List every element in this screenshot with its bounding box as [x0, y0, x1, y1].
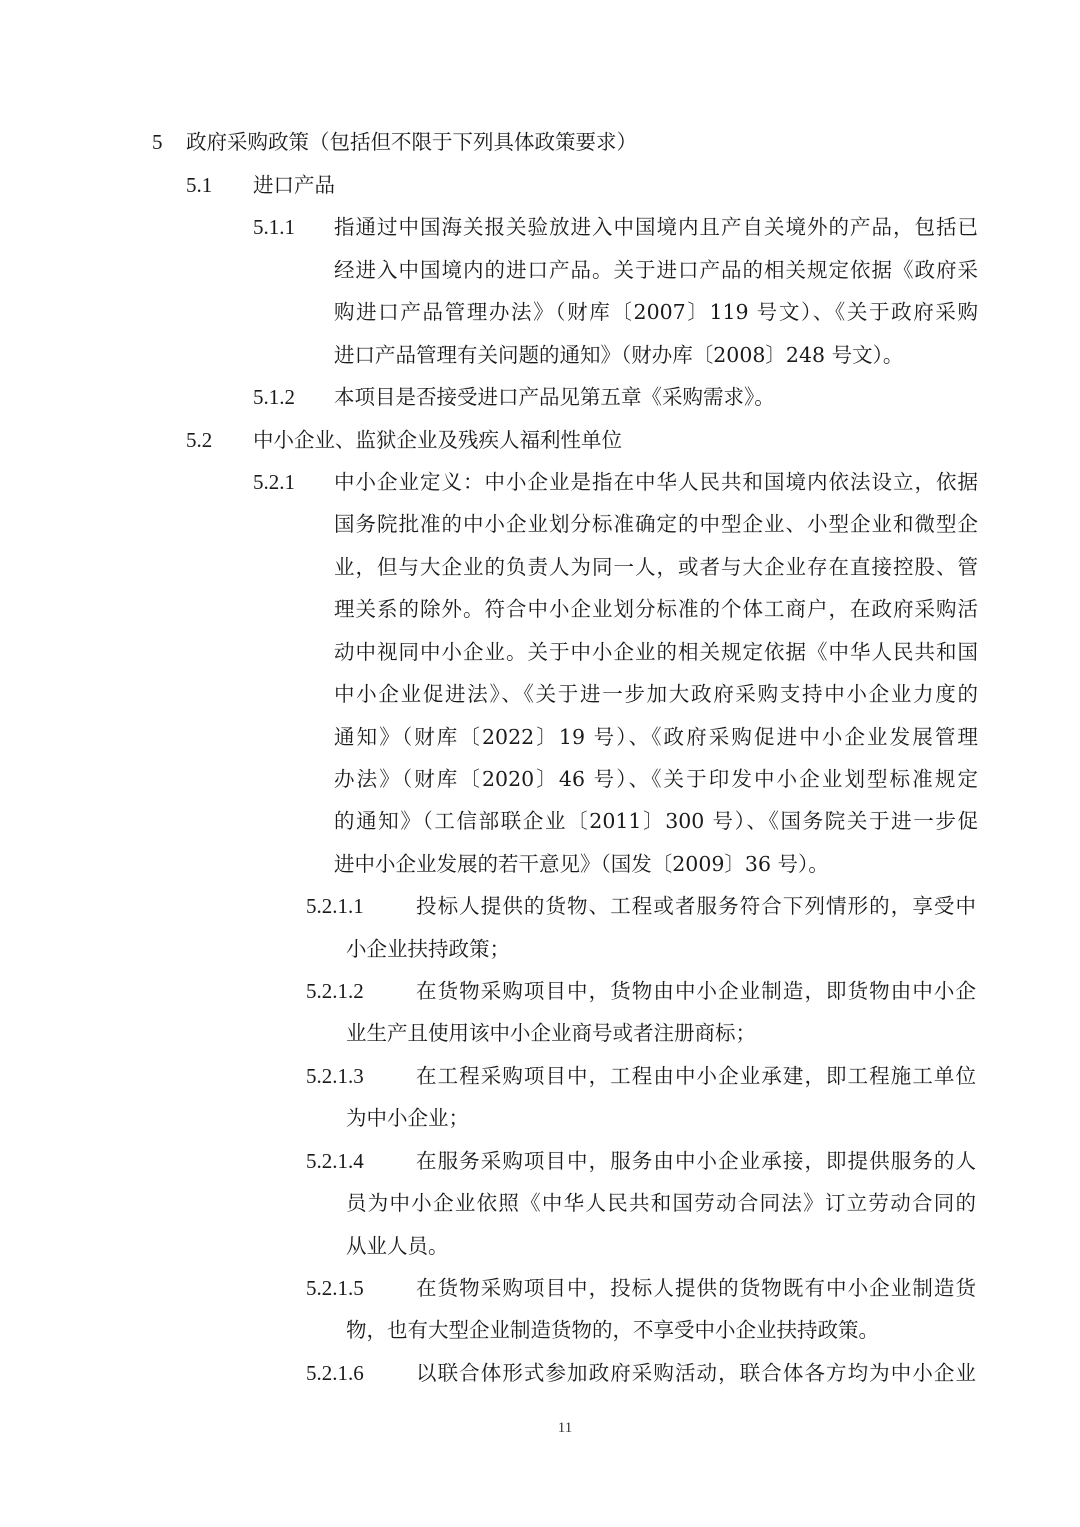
clause-number-5-2-1-4: 5.2.1.4: [306, 1146, 364, 1176]
clause-number-5-1-2: 5.1.2: [253, 382, 295, 412]
section-number-5-2: 5.2: [186, 425, 212, 455]
clause-5-2-1-4-line-1: 在服务采购项目中，服务由中小企业承接，即提供服务的人: [416, 1146, 976, 1176]
clause-5-2-1-2-line-1: 在货物采购项目中，货物由中小企业制造，即货物由中小企: [416, 976, 976, 1006]
clause-5-2-1-2-line-2: 业生产且使用该中小企业商号或者注册商标；: [346, 1018, 756, 1048]
clause-5-2-1-5-line-1: 在货物采购项目中，投标人提供的货物既有中小企业制造货: [416, 1273, 976, 1303]
clause-5-2-1-1-line-1: 投标人提供的货物、工程或者服务符合下列情形的，享受中: [416, 891, 976, 921]
clause-5-2-1-4-line-2: 员为中小企业依照《中华人民共和国劳动合同法》订立劳动合同的: [346, 1188, 976, 1218]
clause-number-5-2-1-1: 5.2.1.1: [306, 891, 364, 921]
clause-number-5-1-1: 5.1.1: [253, 212, 295, 242]
clause-5-1-1-line-1: 指通过中国海关报关验放进入中国境内且产自关境外的产品，包括已: [334, 212, 978, 242]
clause-5-2-1-line-10: 进中小企业发展的若干意见》（国发〔2009〕36 号）。: [334, 849, 829, 879]
clause-5-2-1-line-2: 国务院批准的中小企业划分标准确定的中型企业、小型企业和微型企: [334, 509, 978, 539]
section-title-5-2: 中小企业、监狱企业及残疾人福利性单位: [253, 425, 622, 455]
clause-5-2-1-5-line-2: 物，也有大型企业制造货物的，不享受中小企业扶持政策。: [346, 1315, 879, 1345]
clause-5-2-1-1-line-2: 小企业扶持政策；: [346, 934, 510, 964]
section-number-5-1: 5.1: [186, 170, 212, 200]
clause-5-1-1-line-3: 购进口产品管理办法》（财库〔2007〕119 号文）、《关于政府采购: [334, 297, 978, 327]
clause-5-2-1-line-8: 办法》（财库〔2020〕46 号）、《关于印发中小企业划型标准规定: [334, 764, 978, 794]
clause-number-5-2-1-5: 5.2.1.5: [306, 1273, 364, 1303]
clause-number-5-2-1-3: 5.2.1.3: [306, 1061, 364, 1091]
document-page: 5 政府采购政策（包括但不限于下列具体政策要求） 5.1 进口产品 5.1.1 …: [0, 0, 1080, 1527]
page-number: 11: [0, 1420, 1080, 1437]
clause-5-2-1-6-line-1: 以联合体形式参加政府采购活动，联合体各方均为中小企业: [416, 1358, 976, 1388]
clause-5-1-1-line-4: 进口产品管理有关问题的通知》（财办库〔2008〕248 号文）。: [334, 340, 903, 370]
clause-5-2-1-line-3: 业，但与大企业的负责人为同一人，或者与大企业存在直接控股、管: [334, 552, 978, 582]
clause-5-2-1-3-line-2: 为中小企业；: [346, 1103, 469, 1133]
clause-number-5-2-1-6: 5.2.1.6: [306, 1358, 364, 1388]
clause-5-2-1-line-9: 的通知》（工信部联企业〔2011〕300 号）、《国务院关于进一步促: [334, 806, 978, 836]
section-title-5: 政府采购政策（包括但不限于下列具体政策要求）: [186, 127, 637, 157]
clause-number-5-2-1-2: 5.2.1.2: [306, 976, 364, 1006]
clause-5-2-1-line-7: 通知》（财库〔2022〕19 号）、《政府采购促进中小企业发展管理: [334, 722, 978, 752]
clause-number-5-2-1: 5.2.1: [253, 467, 295, 497]
clause-5-2-1-line-5: 动中视同中小企业。关于中小企业的相关规定依据《中华人民共和国: [334, 637, 978, 667]
clause-5-2-1-3-line-1: 在工程采购项目中，工程由中小企业承建，即工程施工单位: [416, 1061, 976, 1091]
clause-5-2-1-4-line-3: 从业人员。: [346, 1231, 449, 1261]
clause-5-2-1-line-6: 中小企业促进法》、《关于进一步加大政府采购支持中小企业力度的: [334, 679, 978, 709]
section-title-5-1: 进口产品: [253, 170, 335, 200]
clause-5-1-1-line-2: 经进入中国境内的进口产品。关于进口产品的相关规定依据《政府采: [334, 255, 978, 285]
clause-5-1-2-line-1: 本项目是否接受进口产品见第五章《采购需求》。: [334, 382, 775, 412]
section-number-5: 5: [152, 127, 163, 157]
clause-5-2-1-line-4: 理关系的除外。符合中小企业划分标准的个体工商户，在政府采购活: [334, 594, 978, 624]
clause-5-2-1-line-1: 中小企业定义：中小企业是指在中华人民共和国境内依法设立，依据: [334, 467, 978, 497]
